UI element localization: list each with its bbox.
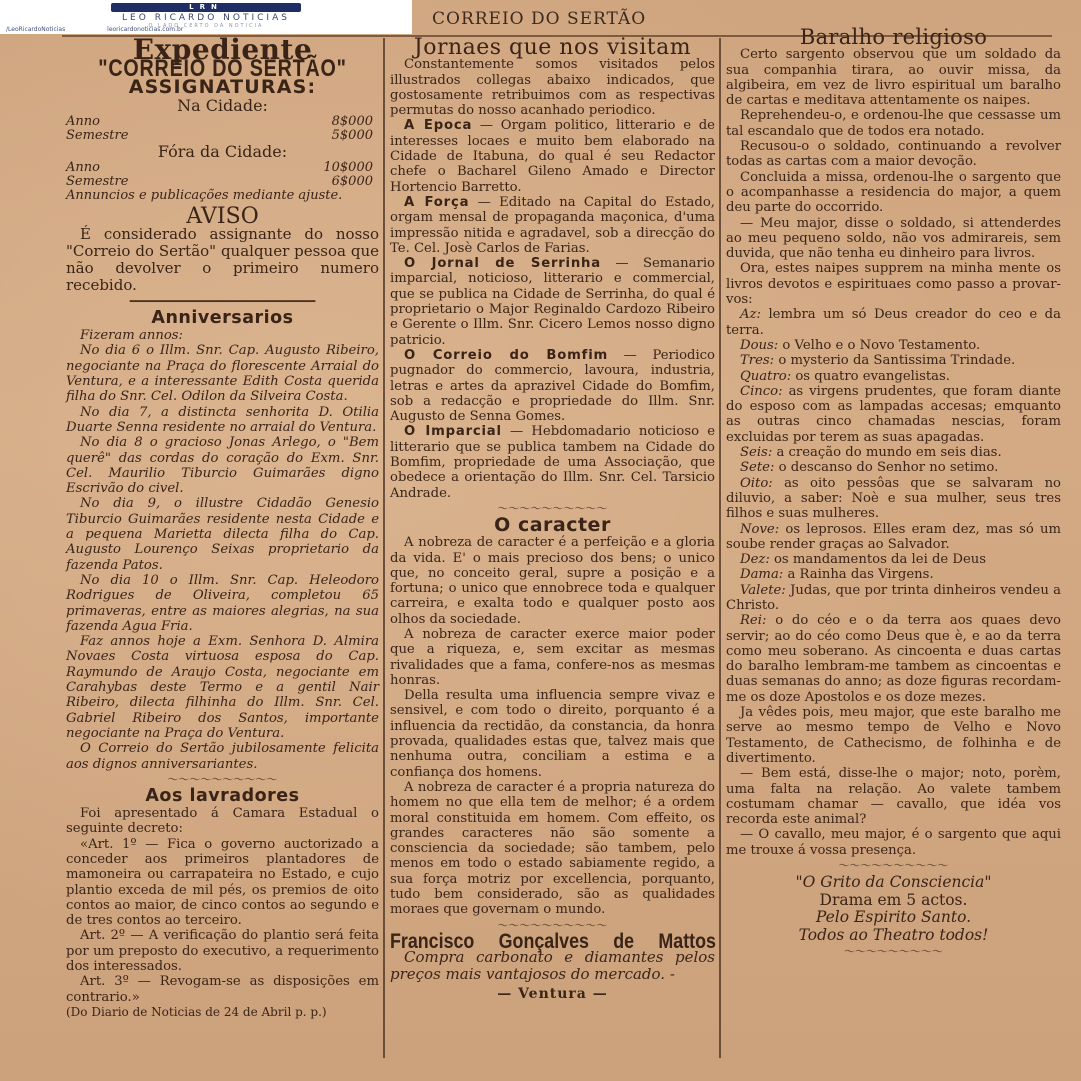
paragraph: Ora, estes naipes supprem na minha mente… [726,261,1061,307]
paragraph: Certo sargento observou que um soldado d… [726,47,1061,108]
advertisement-place: — Ventura — [390,987,715,1002]
column-2: Jornaes que nos visitam Constantemente s… [390,38,715,1002]
paragraph: Recusou-o o soldado, continuando a revol… [726,139,1061,170]
paragraph: A nobreza de caracter é a propria nature… [390,780,715,918]
column-divider [719,38,721,1058]
paragraph: Art. 2º — A verificação do plantio será … [66,928,379,974]
drama-line: Drama em 5 actos. [726,892,1061,910]
paragraph: Ja vêdes pois, meu major, que este baral… [726,705,1061,766]
card-entry: Quatro: os quatro evangelistas. [726,369,1061,384]
paragraph: No dia 8 o gracioso Jonas Arlego, o "Bem… [66,435,379,496]
ornament-divider: ━━━━━━━━━━━━━━━━━━━━━━━━━━━━ [66,297,379,307]
paragraph: — O cavallo, meu major, é o sargento que… [726,827,1061,858]
paragraph: — Meu major, disse o soldado, si attende… [726,216,1061,262]
paragraph: No dia 9, o illustre Cidadão Genesio Tib… [66,496,379,572]
paragraph: — Bem está, disse-lhe o major; noto, por… [726,766,1061,827]
paragraph: A nobreza de caracter é a perfeição e a … [390,535,715,627]
website: leoricardonoticias.com.br [107,26,183,33]
card-entry: Az: lembra um só Deus creador do ceo e d… [726,307,1061,338]
ads-note: Annuncios e publicações mediante ajuste. [66,189,379,203]
newspaper-entry: A Força — Editado na Capital do Estado, … [390,195,715,256]
card-entry: Dous: o Velho e o Novo Testamento. [726,338,1061,353]
ornament-divider: ～～～～～～～～～～ [726,861,1061,871]
card-entry: Dama: a Rainha das Virgens. [726,567,1061,582]
running-head: CORREIO DO SERTÃO [432,9,646,29]
paragraph: O Correio do Sertão jubilosamente felici… [66,741,379,772]
card-entry: Sete: o descanso do Senhor no setimo. [726,460,1061,475]
paragraph: A nobreza de caracter exerce maior poder… [390,627,715,688]
ornament-divider: ～～～～～～～～～～ [390,504,715,514]
card-entry: Valete: Judas, que por trinta dinheiros … [726,583,1061,614]
aviso-title: AVISO [66,209,379,224]
card-entry: Seis: a creação do mundo em seis dias. [726,445,1061,460]
paragraph: Concluida a missa, ordenou-lhe o sargent… [726,170,1061,216]
source-note: (Do Diario de Noticias de 24 de Abril p.… [66,1005,379,1020]
anniversarios-title: Anniversarios [66,311,379,326]
paragraph: Reprehendeu-o, e ordenou-lhe que cessass… [726,108,1061,139]
watermark-name: LEO RICARDO NOTICIAS [122,13,290,23]
drama-line: Todos ao Theatro todos! [726,927,1061,945]
card-entry: Nove: os leprosos. Elles eram dez, mas s… [726,522,1061,553]
drama-title: "O Grito da Consciencia" [726,874,1061,892]
newspaper-entry: A Epoca — Orgam politico, litterario e d… [390,118,715,194]
baralho-title: Baralho religioso [726,30,1061,45]
card-entry: Tres: o mysterio da Santissima Trindade. [726,353,1061,368]
drama-line: Pelo Espirito Santo. [726,909,1061,927]
city-label: Na Cidade: [66,97,379,115]
newspaper-entry: O Jornal de Serrinha — Semanario imparci… [390,256,715,348]
watermark-social: /LeoRicardoNoticias leoricardonoticias.c… [6,26,223,33]
anniversarios-body: Fizeram annos: No dia 6 o Illm. Snr. Cap… [66,328,379,772]
column-1: Expediente "CORREIO DO SERTÃO" ASSIGNATU… [66,38,379,1020]
card-entry: Rei: o do céo e o da terra aos quaes dev… [726,613,1061,705]
ornament-divider: ～～～～～～～～～～ [66,775,379,785]
paragraph: «Art. 1º — Fica o governo auctorizado a … [66,837,379,929]
advertisement-text: Compra carbonato e diamantes pelos preço… [390,949,715,983]
watermark-logo: LRN [111,3,301,12]
aviso-text: É considerado assignante do nosso "Corre… [66,226,379,294]
caracter-title: O caracter [390,518,715,533]
price-row: Anno10$000 [66,161,379,175]
watermark-banner: LRN LEO RICARDO NOTICIAS O LADO CERTO DA… [0,0,412,34]
newspaper-page: LRN LEO RICARDO NOTICIAS O LADO CERTO DA… [0,0,1081,1081]
drama-announcement: "O Grito da Consciencia" Drama em 5 acto… [726,874,1061,944]
social-handle: /LeoRicardoNoticias [6,26,65,33]
paragraph: Faz annos hoje a Exm. Senhora D. Almira … [66,634,379,741]
advertiser-name: Francisco Gonçalves de Mattos [390,934,716,949]
newspaper-entry: O Correio do Bomfim — Periodico pugnador… [390,348,715,424]
paragraph: Foi apresentado á Camara Estadual o segu… [66,806,379,837]
paragraph: No dia 7, a distincta senhorita D. Otili… [66,405,379,436]
price-row: Semestre6$000 [66,175,379,189]
outside-label: Fóra da Cidade: [66,143,379,161]
paper-name: "CORREIO DO SERTÃO" [94,61,351,76]
column-3: Baralho religioso Certo sargento observo… [726,38,1061,960]
column-divider [383,38,385,1058]
ornament-divider: ～～～～～～～～～ [726,947,1061,957]
price-row: Anno8$000 [66,115,379,129]
card-entry: Oito: as oito pessôas que se salvaram no… [726,476,1061,522]
jornaes-title: Jornaes que nos visitam [390,40,715,55]
paragraph: No dia 6 o Illm. Snr. Cap. Augusto Ribei… [66,343,379,404]
card-entry: Cinco: as virgens prudentes, que foram d… [726,384,1061,445]
newspaper-entry: O Imparcial — Hebdomadario noticioso e l… [390,424,715,500]
paragraph: Constantemente somos visitados pelos ill… [390,57,715,118]
lavradores-title: Aos lavradores [66,789,379,804]
paragraph: Art. 3º — Revogam-se as disposições em c… [66,974,379,1005]
price-row: Semestre5$000 [66,129,379,143]
paragraph: No dia 10 o Illm. Snr. Cap. Heleodoro Ro… [66,573,379,634]
paragraph: Della resulta uma influencia sempre viva… [390,688,715,780]
card-entry: Dez: os mandamentos da lei de Deus [726,552,1061,567]
